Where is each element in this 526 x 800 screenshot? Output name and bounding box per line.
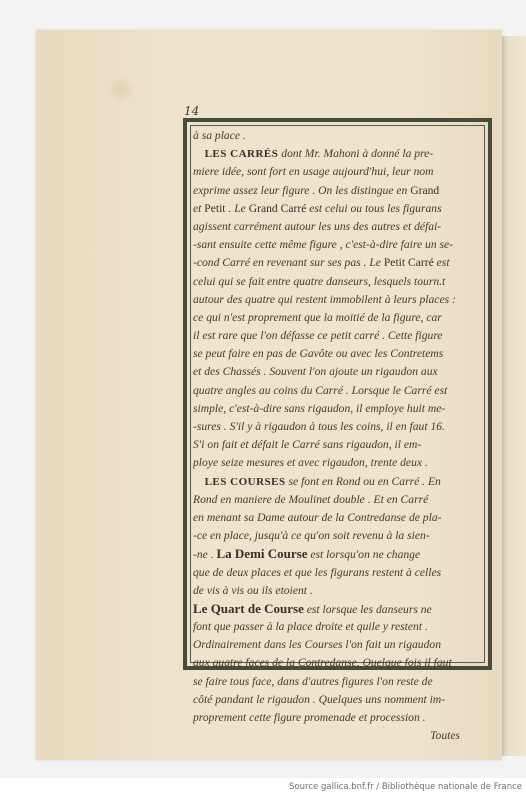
text-line: ce qui n'est proprement que la moitié de… bbox=[193, 309, 482, 327]
text-line: S'i on fait et défait le Carré sans riga… bbox=[193, 436, 482, 454]
page-number: 14 bbox=[184, 104, 199, 118]
text-line: se peut faire en pas de Gavôte ou avec l… bbox=[193, 345, 482, 363]
text-run: -sures . S'il y à rigaudon à tous les co… bbox=[193, 420, 445, 433]
text-line: -sant ensuite cette même figure , c'est-… bbox=[193, 236, 482, 254]
text-run: -cond Carré en revenant sur ses pas . Le bbox=[193, 256, 384, 269]
text-run: . Le bbox=[226, 202, 249, 215]
text-run: et des Chassés . Souvent l'on ajoute un … bbox=[193, 365, 438, 378]
text-line: ploye seize mesures et avec rigaudon, tr… bbox=[193, 454, 482, 472]
text-line: Le Quart de Course est lorsque les danse… bbox=[193, 600, 482, 618]
text-line: aux quatre faces de la Contredanse, Quel… bbox=[193, 654, 482, 672]
text-run bbox=[193, 147, 205, 160]
text-run-heading: Le Quart de Course bbox=[193, 601, 304, 616]
text-run: celui qui se fait entre quatre danseurs,… bbox=[193, 275, 445, 288]
text-line: que de deux places et que les figurans r… bbox=[193, 564, 482, 582]
text-run-roman: Petit Carré bbox=[384, 256, 434, 269]
text-run: S'i on fait et défait le Carré sans riga… bbox=[193, 438, 421, 451]
adjacent-page-edge bbox=[502, 36, 526, 756]
text-run: autour des quatre qui restent immobilent… bbox=[193, 293, 456, 306]
text-line: -sures . S'il y à rigaudon à tous les co… bbox=[193, 418, 482, 436]
text-line: côté pandant le rigaudon . Quelques uns … bbox=[193, 691, 482, 709]
text-run: Ordinairement dans les Courses l'on fait… bbox=[193, 638, 441, 651]
text-line: font que passer à la place droite et qui… bbox=[193, 618, 482, 636]
text-run: est lorsque les danseurs ne bbox=[304, 603, 432, 616]
text-line: -cond Carré en revenant sur ses pas . Le… bbox=[193, 254, 482, 272]
text-run: et bbox=[193, 202, 204, 215]
source-credit: Source gallica.bnf.fr / Bibliothèque nat… bbox=[289, 782, 522, 792]
text-line: -ce en place, jusqu'à ce qu'on soit reve… bbox=[193, 527, 482, 545]
text-run: se peut faire en pas de Gavôte ou avec l… bbox=[193, 347, 443, 360]
text-run: agissent carrément autour les uns des au… bbox=[193, 220, 441, 233]
text-run: est bbox=[434, 256, 450, 269]
text-run: Rond en maniere de Moulinet double . Et … bbox=[193, 493, 428, 506]
text-run: -ce en place, jusqu'à ce qu'on soit reve… bbox=[193, 529, 430, 542]
text-line: proprement cette figure promenade et pro… bbox=[193, 709, 482, 727]
text-run: ce qui n'est proprement que la moitié de… bbox=[193, 311, 442, 324]
text-line: quatre angles au coins du Carré . Lorsqu… bbox=[193, 382, 482, 400]
text-run: côté pandant le rigaudon . Quelques uns … bbox=[193, 693, 445, 706]
text-run: ploye seize mesures et avec rigaudon, tr… bbox=[193, 456, 428, 469]
text-run: quatre angles au coins du Carré . Lorsqu… bbox=[193, 384, 447, 397]
text-line: LES CARRÉS dont Mr. Mahoni à donné la pr… bbox=[193, 145, 482, 163]
text-run: simple, c'est-à-dire sans rigaudon, il e… bbox=[193, 402, 445, 415]
text-run-heading: La Demi Course bbox=[217, 546, 308, 561]
text-line: LES COURSES se font en Rond ou en Carré … bbox=[193, 473, 482, 491]
text-run: il est rare que l'on défasse ce petit ca… bbox=[193, 329, 443, 342]
text-run bbox=[193, 475, 205, 488]
text-run: -ne . bbox=[193, 548, 217, 561]
text-line: miere idée, sont fort en usage aujourd'h… bbox=[193, 163, 482, 181]
text-line: et des Chassés . Souvent l'on ajoute un … bbox=[193, 363, 482, 381]
text-run-caps: LES COURSES bbox=[205, 476, 286, 488]
text-run: est lorsqu'on ne change bbox=[308, 548, 421, 561]
text-run-caps: LES CARRÉS bbox=[205, 148, 279, 160]
text-line: se faire tous face, dans d'autres figure… bbox=[193, 673, 482, 691]
text-frame: à sa place . LES CARRÉS dont Mr. Mahoni … bbox=[183, 118, 492, 670]
text-line: celui qui se fait entre quatre danseurs,… bbox=[193, 273, 482, 291]
text-run: se faire tous face, dans d'autres figure… bbox=[193, 675, 433, 688]
text-run: à sa place . bbox=[193, 129, 246, 142]
catchword: Toutes bbox=[193, 727, 482, 745]
text-run: font que passer à la place droite et qui… bbox=[193, 620, 428, 633]
text-run: en menant sa Dame autour de la Contredan… bbox=[193, 511, 441, 524]
text-line: simple, c'est-à-dire sans rigaudon, il e… bbox=[193, 400, 482, 418]
text-run: dont Mr. Mahoni à donné la pre- bbox=[278, 147, 433, 160]
text-run: -sant ensuite cette même figure , c'est-… bbox=[193, 238, 453, 251]
text-run: exprime assez leur figure . On les disti… bbox=[193, 184, 410, 197]
text-line: il est rare que l'on défasse ce petit ca… bbox=[193, 327, 482, 345]
text-line: et Petit . Le Grand Carré est celui ou t… bbox=[193, 200, 482, 218]
text-run: est celui ou tous les figurans bbox=[306, 202, 441, 215]
text-line: à sa place . bbox=[193, 127, 482, 145]
text-line: Rond en maniere de Moulinet double . Et … bbox=[193, 491, 482, 509]
text-run: aux quatre faces de la Contredanse, Quel… bbox=[193, 656, 452, 669]
text-line: de vis à vis ou ils etoient . bbox=[193, 582, 482, 600]
text-line: Ordinairement dans les Courses l'on fait… bbox=[193, 636, 482, 654]
text-line: exprime assez leur figure . On les disti… bbox=[193, 182, 482, 200]
engraved-text-body: à sa place . LES CARRÉS dont Mr. Mahoni … bbox=[193, 127, 482, 745]
text-run: que de deux places et que les figurans r… bbox=[193, 566, 441, 579]
text-line: -ne . La Demi Course est lorsqu'on ne ch… bbox=[193, 545, 482, 563]
text-run: miere idée, sont fort en usage aujourd'h… bbox=[193, 165, 434, 178]
text-line: agissent carrément autour les uns des au… bbox=[193, 218, 482, 236]
text-line: autour des quatre qui restent immobilent… bbox=[193, 291, 482, 309]
text-run-roman: Grand bbox=[410, 184, 439, 197]
text-run: de vis à vis ou ils etoient . bbox=[193, 584, 313, 597]
text-line: en menant sa Dame autour de la Contredan… bbox=[193, 509, 482, 527]
text-run-roman: Grand Carré bbox=[249, 202, 307, 215]
text-run: se font en Rond ou en Carré . En bbox=[286, 475, 441, 488]
text-run: proprement cette figure promenade et pro… bbox=[193, 711, 426, 724]
text-run-roman: Petit bbox=[204, 202, 225, 215]
